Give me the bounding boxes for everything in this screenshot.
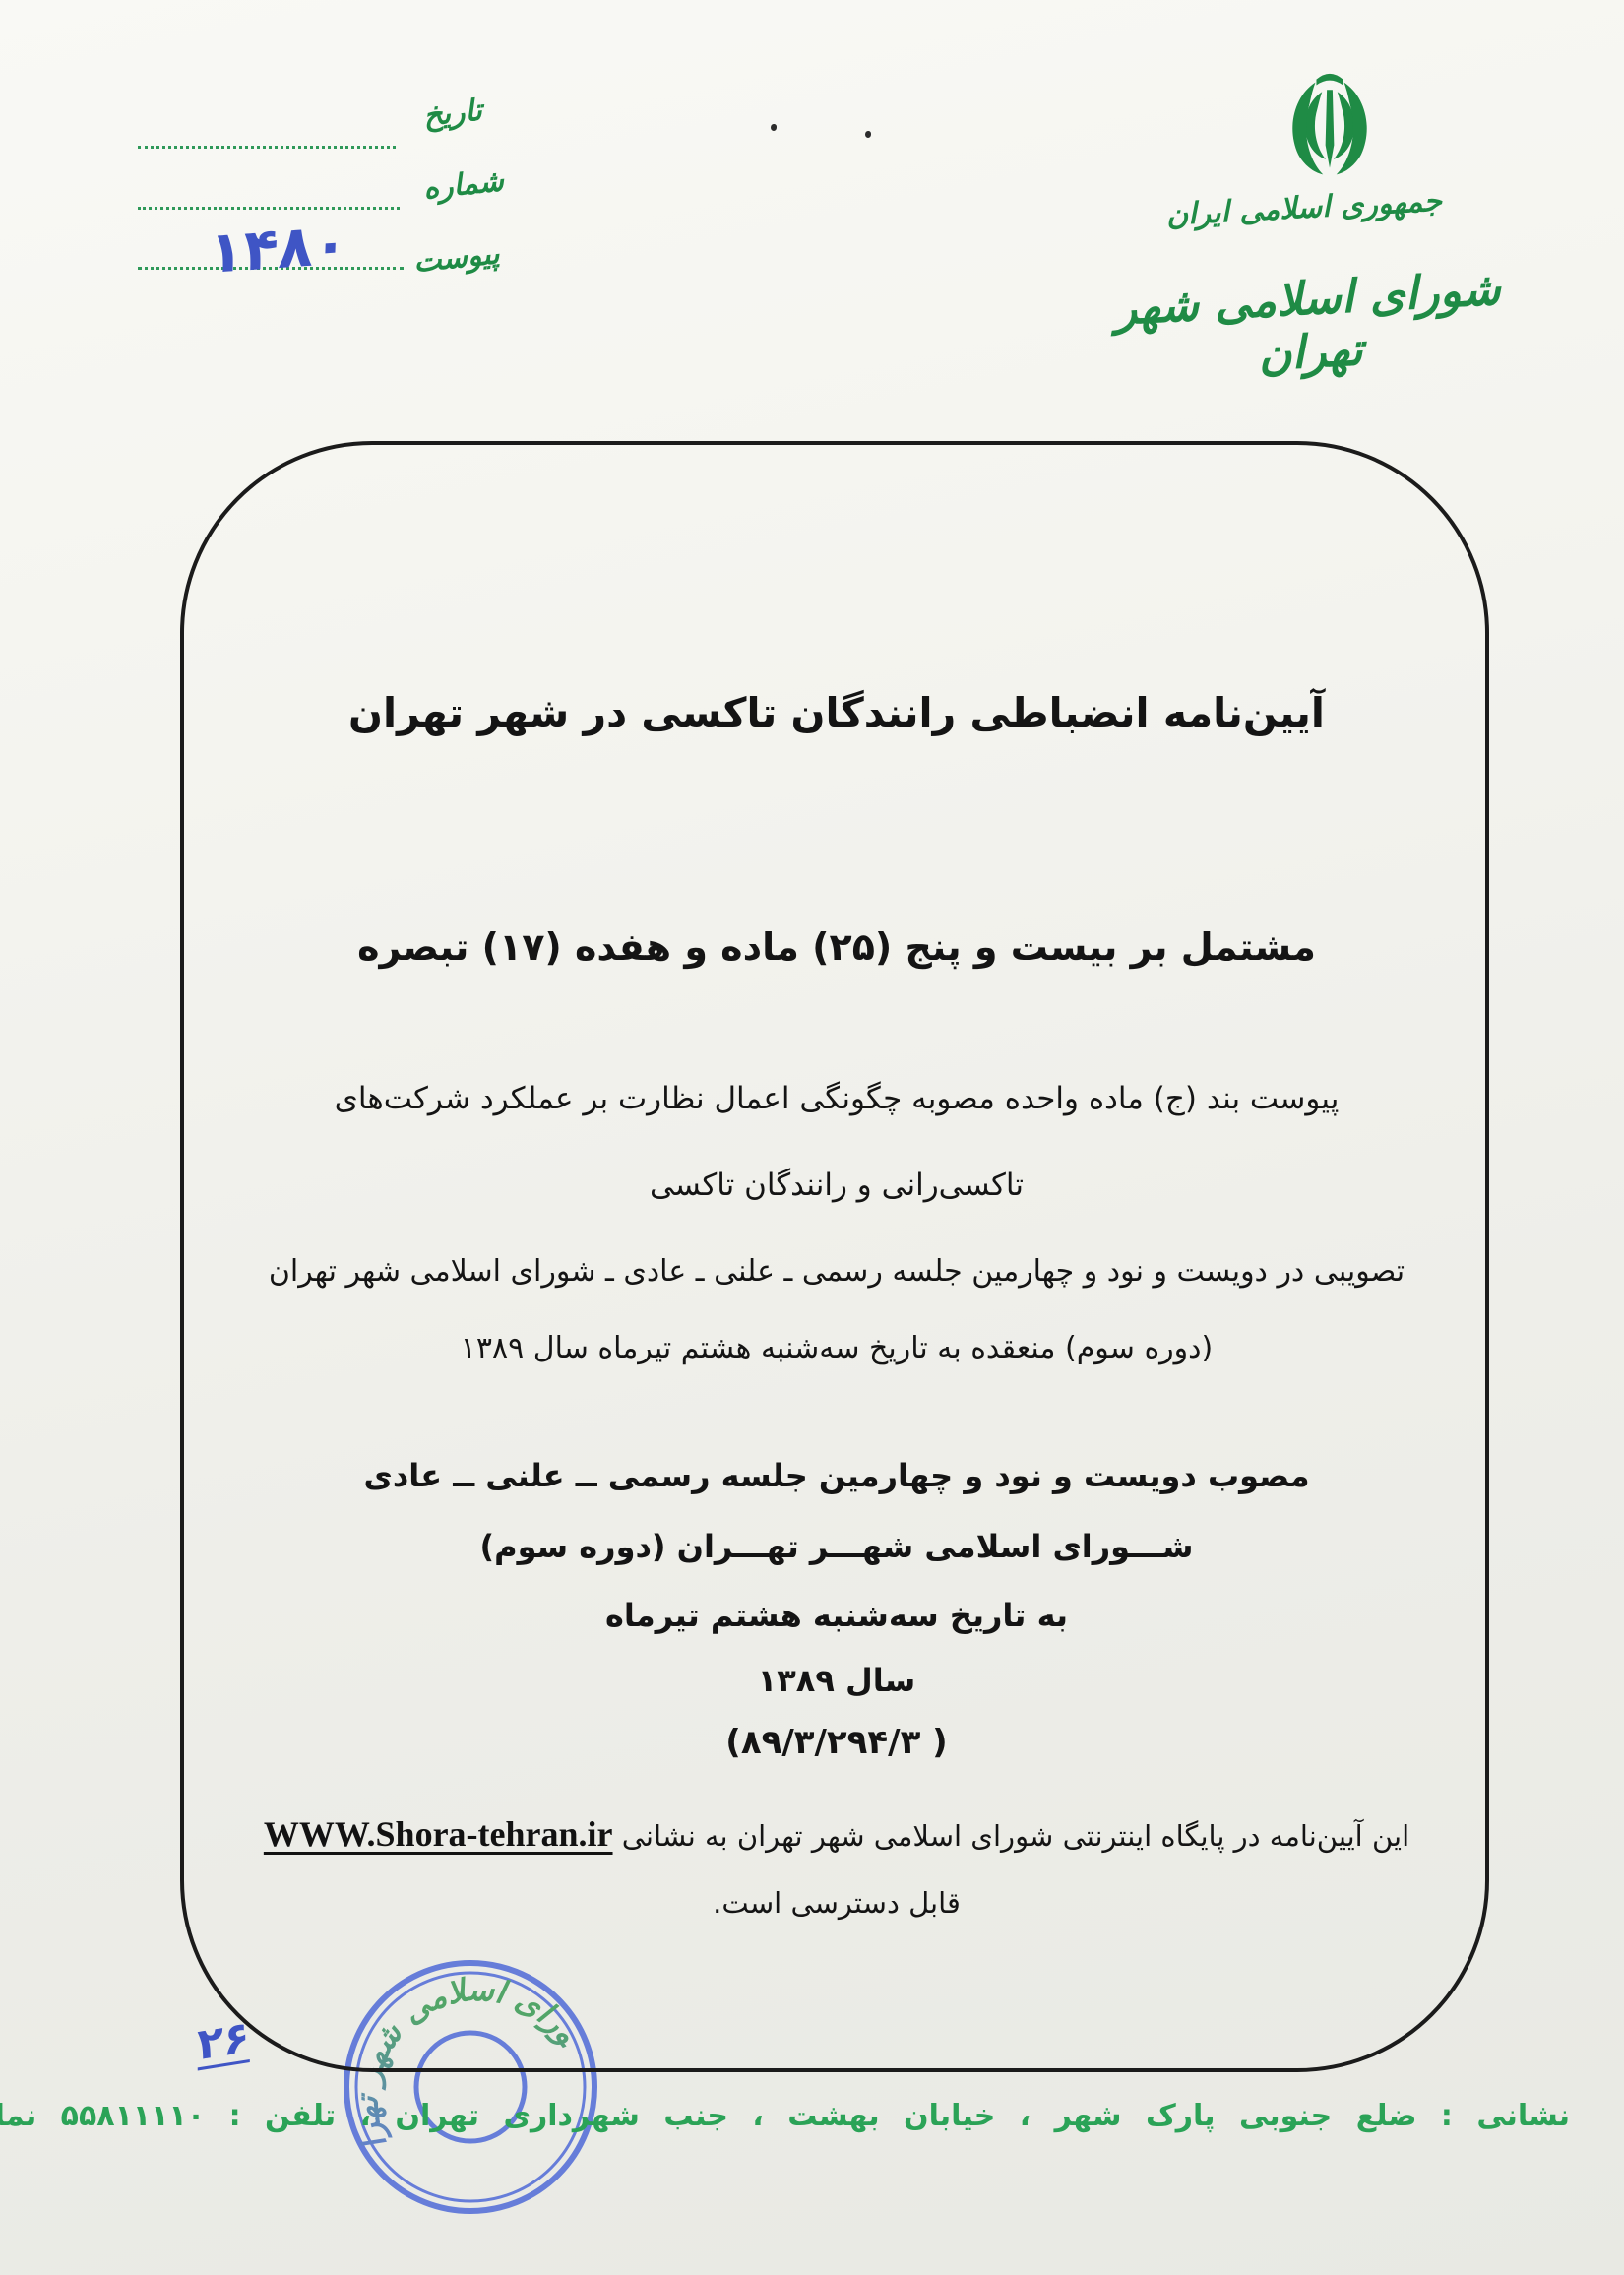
body-line: تاکسی‌رانی و رانندگان تاکسی <box>197 1168 1476 1203</box>
org-name-council: شورای اسلامی شهر تهران <box>1094 261 1523 389</box>
approval-line: شـــورای اسلامی شهـــر تهـــران (دوره سو… <box>197 1528 1476 1565</box>
web-notice-line: این آیین‌نامه در پایگاه اینترنتی شورای ا… <box>197 1813 1476 1855</box>
body-line: پیوست بند (ج) ماده واحده مصوبه چگونگی اع… <box>197 1081 1476 1116</box>
iran-national-emblem-icon <box>1273 65 1387 189</box>
council-website-url: WWW.Shora-tehran.ir <box>264 1814 613 1854</box>
paper-speck <box>865 131 871 138</box>
attachment-field-label: پیوست <box>411 235 513 280</box>
number-field-line <box>138 207 400 210</box>
date-field-label: تاریخ <box>421 90 513 133</box>
footer-address-line: نشانی : ضلع جنوبی پارک شهر ، خیابان بهشت… <box>49 2099 1570 2133</box>
number-field-label: شماره <box>421 162 513 206</box>
document-subtitle: مشتمل بر بیست و پنج (۲۵) ماده و هفده (۱۷… <box>197 925 1476 969</box>
approval-line: سال ۱۳۸۹ <box>197 1662 1476 1699</box>
web-notice-suffix: قابل دسترسی است. <box>197 1886 1476 1920</box>
handwritten-page-number: ۲۶ <box>197 2012 250 2071</box>
paper-speck <box>771 124 777 131</box>
approval-line: به تاریخ سه‌شنبه هشتم تیرماه <box>197 1597 1476 1634</box>
body-line: تصویبی در دویست و نود و چهارمین جلسه رسم… <box>197 1254 1476 1289</box>
approval-line: ( ۸۹/۳/۲۹۴/۳) <box>197 1723 1476 1762</box>
date-field-line <box>138 146 396 149</box>
web-notice-text: این آیین‌نامه در پایگاه اینترنتی شورای ا… <box>622 1819 1409 1853</box>
scanned-document-page: تاریخ شماره پیوست ۱۴۸۰ جمهوری اسلامی ایر… <box>0 0 1624 2275</box>
body-line: (دوره سوم) منعقده به تاریخ سه‌شنبه هشتم … <box>197 1331 1476 1365</box>
handwritten-attachment-number: ۱۴۸۰ <box>208 210 349 286</box>
org-name-country: جمهوری اسلامی ایران <box>1146 183 1462 234</box>
approval-line: مصوب دویست و نود و چهارمین جلسه رسمی ــ … <box>197 1457 1476 1494</box>
document-title: آیین‌نامه انضباطی رانندگان تاکسی در شهر … <box>197 689 1476 736</box>
